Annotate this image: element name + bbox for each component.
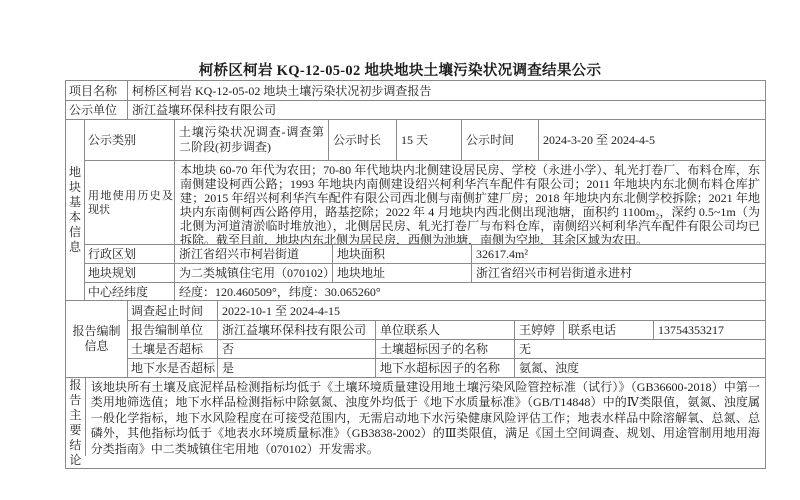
groundwater-factor-value: 氨氮、浊度 (514, 359, 765, 377)
address-label: 地块地址 (332, 264, 471, 282)
section-basic-info: 地块基本信息 公示类别 土壤污染状况调查-调查第二阶段(初步调查) 公示时长 1… (66, 119, 765, 300)
project-name-label: 项目名称 (66, 81, 127, 100)
coordinates-label: 中心经纬度 (84, 283, 174, 300)
section-report-info: 报告编制信息 调查起止时间 2022-10-1 至 2024-4-15 报告编制… (66, 300, 765, 377)
document-title: 柯桥区柯岩 KQ-12-05-02 地块地块土壤污染状况调查结果公示 (33, 59, 767, 80)
row-land-history: 用地使用历史及现状 本地块 60-70 年代为农田；70-80 年代地块内北侧建… (84, 160, 765, 244)
report-unit-value: 浙江益壤环保科技有限公司 (217, 321, 375, 339)
publicity-table: 项目名称 柯桥区柯岩 KQ-12-05-02 地块土壤污染状况初步调查报告 公示… (65, 80, 766, 469)
period-label: 公示时间 (461, 120, 538, 160)
publicity-unit-label: 公示单位 (66, 101, 127, 119)
admin-division-label: 行政区划 (84, 245, 174, 263)
contact-person-label: 单位联系人 (375, 321, 514, 339)
land-history-label: 用地使用历史及现状 (84, 161, 174, 244)
groundwater-factor-label: 地下水超标因子的名称 (375, 359, 514, 377)
publicity-type-label: 公示类别 (84, 120, 174, 160)
row-report-unit: 报告编制单位 浙江益壤环保科技有限公司 单位联系人 王婷婷 联系电话 13754… (127, 320, 765, 339)
coordinates-value: 经度：120.460509°，纬度：30.065260° (174, 283, 765, 300)
groundwater-exceed-value: 是 (217, 359, 375, 377)
report-unit-label: 报告编制单位 (127, 321, 217, 339)
row-project-name: 项目名称 柯桥区柯岩 KQ-12-05-02 地块土壤污染状况初步调查报告 (66, 81, 765, 100)
conclusion-section-label: 报告主要结论 (66, 378, 85, 468)
report-info-section-label: 报告编制信息 (66, 301, 127, 377)
contact-phone-label: 联系电话 (563, 321, 653, 339)
period-value: 2024-3-20 至 2024-4-5 (538, 120, 765, 160)
row-soil-exceed: 土壤是否超标 否 土壤超标因子的名称 无 (127, 339, 765, 358)
basic-info-section-label: 地块基本信息 (66, 120, 84, 300)
row-planning: 地块规划 为二类城镇住宅用（070102） 地块地址 浙江省绍兴市柯岩街道永进村 (84, 263, 765, 282)
land-history-value: 本地块 60-70 年代为农田；70-80 年代地块内北侧建设居民房、学校（永进… (174, 161, 765, 244)
groundwater-exceed-label: 地下水是否超标 (127, 359, 217, 377)
area-label: 地块面积 (332, 245, 471, 263)
row-coordinates: 中心经纬度 经度：120.460509°，纬度：30.065260° (84, 282, 765, 300)
soil-exceed-value: 否 (217, 340, 375, 358)
area-value: 32617.4m² (471, 245, 765, 263)
planning-label: 地块规划 (84, 264, 174, 282)
contact-person-value: 王婷婷 (514, 321, 563, 339)
survey-period-label: 调查起止时间 (127, 301, 217, 320)
row-publicity-unit: 公示单位 浙江益壤环保科技有限公司 (66, 100, 765, 119)
publicity-type-value: 土壤污染状况调查-调查第二阶段(初步调查) (174, 120, 328, 160)
soil-factor-value: 无 (514, 340, 765, 358)
row-publicity-type: 公示类别 土壤污染状况调查-调查第二阶段(初步调查) 公示时长 15 天 公示时… (84, 120, 765, 160)
row-conclusion: 该地块所有土壤及底泥样品检测指标均低于《土壤环境质量建设用地土壤污染风险管控标准… (85, 378, 765, 456)
row-survey-period: 调查起止时间 2022-10-1 至 2024-4-15 (127, 301, 765, 320)
survey-period-value: 2022-10-1 至 2024-4-15 (217, 301, 765, 320)
soil-exceed-label: 土壤是否超标 (127, 340, 217, 358)
address-value: 浙江省绍兴市柯岩街道永进村 (471, 264, 765, 282)
duration-value: 15 天 (396, 120, 461, 160)
section-conclusion: 报告主要结论 该地块所有土壤及底泥样品检测指标均低于《土壤环境质量建设用地土壤污… (66, 377, 765, 468)
row-admin-division: 行政区划 浙江省绍兴市柯岩街道 地块面积 32617.4m² (84, 244, 765, 263)
publicity-unit-value: 浙江益壤环保科技有限公司 (127, 101, 765, 119)
planning-value: 为二类城镇住宅用（070102） (174, 264, 332, 282)
duration-label: 公示时长 (328, 120, 396, 160)
row-groundwater-exceed: 地下水是否超标 是 地下水超标因子的名称 氨氮、浊度 (127, 358, 765, 377)
contact-phone-value: 13754353217 (653, 321, 765, 339)
soil-factor-label: 土壤超标因子的名称 (375, 340, 514, 358)
conclusion-value: 该地块所有土壤及底泥样品检测指标均低于《土壤环境质量建设用地土壤污染风险管控标准… (85, 378, 765, 456)
admin-division-value: 浙江省绍兴市柯岩街道 (174, 245, 332, 263)
project-name-value: 柯桥区柯岩 KQ-12-05-02 地块土壤污染状况初步调查报告 (127, 81, 765, 100)
